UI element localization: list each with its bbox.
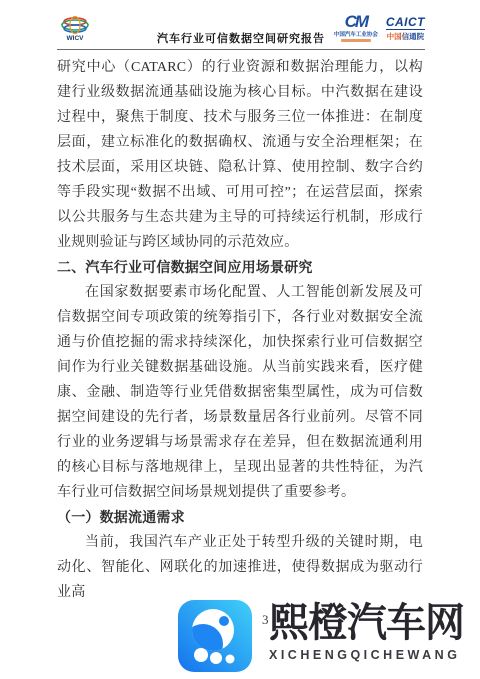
document-body: 研究中心（CATARC）的行业资源和数据治理能力，以构建行业级数据流通基础设施为… — [57, 55, 423, 605]
heading-section-2: 二、汽车行业可信数据空间应用场景研究 — [57, 255, 423, 280]
report-page: WICV 汽车行业可信数据空间研究报告 CM 中国汽车工业协会 CAICT 中国… — [0, 0, 480, 679]
xicheng-app-icon — [178, 600, 252, 672]
brand-name-latin: XICHENGQICHEWANG — [269, 648, 464, 662]
paragraph-catarc: 研究中心（CATARC）的行业资源和数据治理能力，以构建行业级数据流通基础设施为… — [57, 55, 423, 255]
caict-acronym: CAICT — [386, 16, 425, 30]
paragraph-data-circulation: 当前，我国汽车产业正处于转型升级的关键时期，电动化、智能化、网联化的加速推进，使… — [57, 530, 423, 605]
caam-subtext-bar — [341, 39, 371, 42]
paragraph-application-scenarios: 在国家数据要素市场化配置、人工智能创新发展及可信数据空间专项政策的统筹指引下，各… — [57, 280, 423, 505]
heading-subsection-1: （一）数据流通需求 — [57, 505, 423, 530]
caam-cm-icon: CM — [345, 14, 367, 29]
brand-name: 熙橙汽车网 — [269, 600, 464, 646]
obscured-text-fragment: 3 — [262, 612, 269, 628]
page-header: WICV 汽车行业可信数据空间研究报告 CM 中国汽车工业协会 CAICT 中国… — [57, 6, 425, 50]
watermark-text: 熙橙汽车网 XICHENGQICHEWANG — [269, 600, 464, 662]
site-watermark: 3 熙橙汽车网 XICHENGQICHEWANG — [178, 600, 464, 672]
